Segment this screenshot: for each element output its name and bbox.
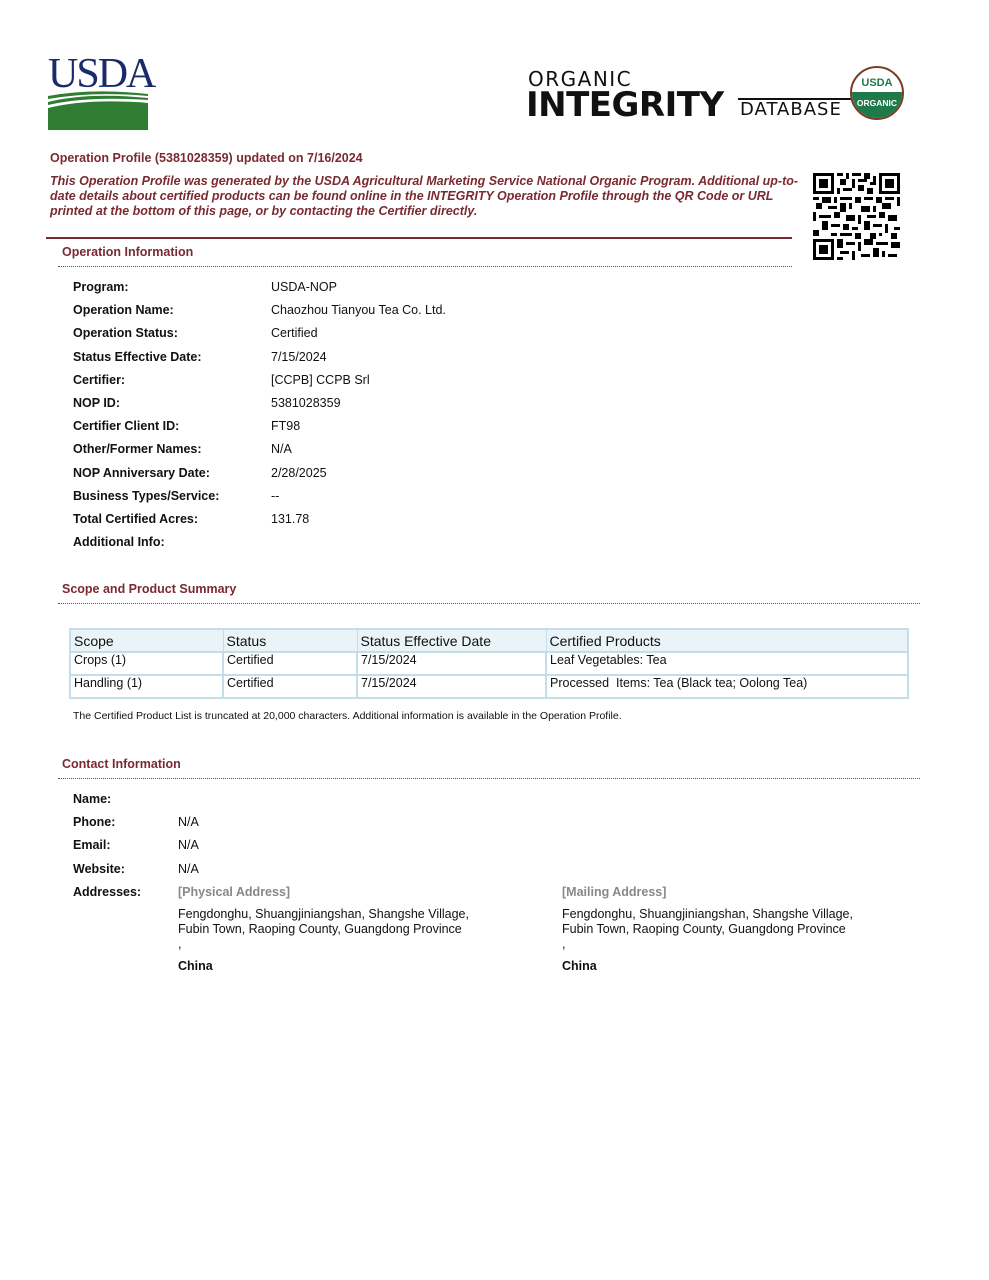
section-title-scope-summary: Scope and Product Summary [62, 582, 236, 596]
truncation-note: The Certified Product List is truncated … [73, 710, 622, 722]
table-row: Handling (1) Certified 7/15/2024 Process… [70, 675, 908, 698]
field-label: NOP ID: [73, 395, 120, 411]
field-label: NOP Anniversary Date: [73, 465, 210, 481]
qr-code-icon[interactable] [813, 173, 900, 260]
usda-organic-seal-icon: USDA ORGANIC [850, 66, 904, 120]
field-value: USDA-NOP [271, 279, 337, 295]
logo-integrity-text: INTEGRITY [526, 86, 724, 124]
section-title-operation-information: Operation Information [62, 245, 193, 259]
address-line: Fubin Town, Raoping County, Guangdong Pr… [178, 922, 469, 937]
usda-logo: USDA [48, 58, 148, 130]
field-label: Status Effective Date: [73, 349, 202, 365]
field-label: Certifier: [73, 372, 125, 388]
cell-scope: Handling (1) [70, 675, 223, 698]
address-line: Fubin Town, Raoping County, Guangdong Pr… [562, 922, 853, 937]
column-header-certified-products: Certified Products [546, 629, 908, 652]
field-value: 2/28/2025 [271, 465, 327, 481]
field-value: [CCPB] CCPB Srl [271, 372, 370, 388]
field-value: 5381028359 [271, 395, 341, 411]
field-label: Program: [73, 279, 129, 295]
seal-bottom-text: ORGANIC [852, 92, 902, 118]
cell-status: Certified [223, 675, 357, 698]
profile-description: This Operation Profile was generated by … [50, 174, 800, 219]
field-label: Total Certified Acres: [73, 511, 198, 527]
seal-top-text: USDA [852, 68, 902, 93]
field-value: 131.78 [271, 511, 309, 527]
physical-address-heading: [Physical Address] [178, 884, 469, 900]
field-label: Additional Info: [73, 534, 165, 550]
field-label: Email: [73, 837, 111, 853]
table-header-row: Scope Status Status Effective Date Certi… [70, 629, 908, 652]
mailing-address-heading: [Mailing Address] [562, 884, 853, 900]
physical-address-lines: Fengdonghu, Shuangjiniangshan, Shangshe … [178, 907, 469, 951]
scope-product-table: Scope Status Status Effective Date Certi… [69, 628, 909, 699]
field-value: N/A [271, 441, 292, 457]
address-line: , [562, 937, 853, 951]
field-label: Website: [73, 861, 125, 877]
field-value: FT98 [271, 418, 300, 434]
usda-field-icon [48, 90, 148, 130]
address-line: Fengdonghu, Shuangjiniangshan, Shangshe … [562, 907, 853, 922]
address-line: Fengdonghu, Shuangjiniangshan, Shangshe … [178, 907, 469, 922]
cell-certified-products: Processed Items: Tea (Black tea; Oolong … [546, 675, 908, 698]
table-row: Crops (1) Certified 7/15/2024 Leaf Veget… [70, 652, 908, 675]
cell-status: Certified [223, 652, 357, 675]
field-label: Name: [73, 791, 111, 807]
organic-integrity-logo: ORGANIC INTEGRITY DATABASE USDA ORGANIC [526, 66, 906, 126]
field-label: Operation Status: [73, 325, 178, 341]
section-divider [58, 266, 792, 267]
address-line: , [178, 937, 469, 951]
field-value: N/A [178, 814, 199, 830]
field-label: Phone: [73, 814, 115, 830]
cell-status-effective-date: 7/15/2024 [357, 675, 546, 698]
field-value: N/A [178, 861, 199, 877]
field-label: Certifier Client ID: [73, 418, 179, 434]
field-value: -- [271, 488, 279, 504]
cell-certified-products: Leaf Vegetables: Tea [546, 652, 908, 675]
field-label: Addresses: [73, 884, 141, 900]
section-divider [58, 603, 920, 604]
cell-status-effective-date: 7/15/2024 [357, 652, 546, 675]
field-label: Other/Former Names: [73, 441, 202, 457]
mailing-address-country: China [562, 958, 853, 974]
field-value: Certified [271, 325, 318, 341]
mailing-address: [Mailing Address] Fengdonghu, Shuangjini… [562, 884, 853, 974]
physical-address: [Physical Address] Fengdonghu, Shuangjin… [178, 884, 469, 974]
column-header-scope: Scope [70, 629, 223, 652]
mailing-address-lines: Fengdonghu, Shuangjiniangshan, Shangshe … [562, 907, 853, 951]
field-value: 7/15/2024 [271, 349, 327, 365]
section-title-contact-information: Contact Information [62, 757, 181, 771]
field-label: Operation Name: [73, 302, 174, 318]
field-value: Chaozhou Tianyou Tea Co. Ltd. [271, 302, 446, 318]
field-value: N/A [178, 837, 199, 853]
physical-address-country: China [178, 958, 469, 974]
header-divider [46, 237, 792, 239]
section-divider [58, 778, 920, 779]
cell-scope: Crops (1) [70, 652, 223, 675]
logo-database-text: DATABASE [740, 100, 842, 120]
field-label: Business Types/Service: [73, 488, 219, 504]
column-header-status: Status [223, 629, 357, 652]
column-header-status-effective-date: Status Effective Date [357, 629, 546, 652]
profile-title: Operation Profile (5381028359) updated o… [50, 151, 363, 165]
